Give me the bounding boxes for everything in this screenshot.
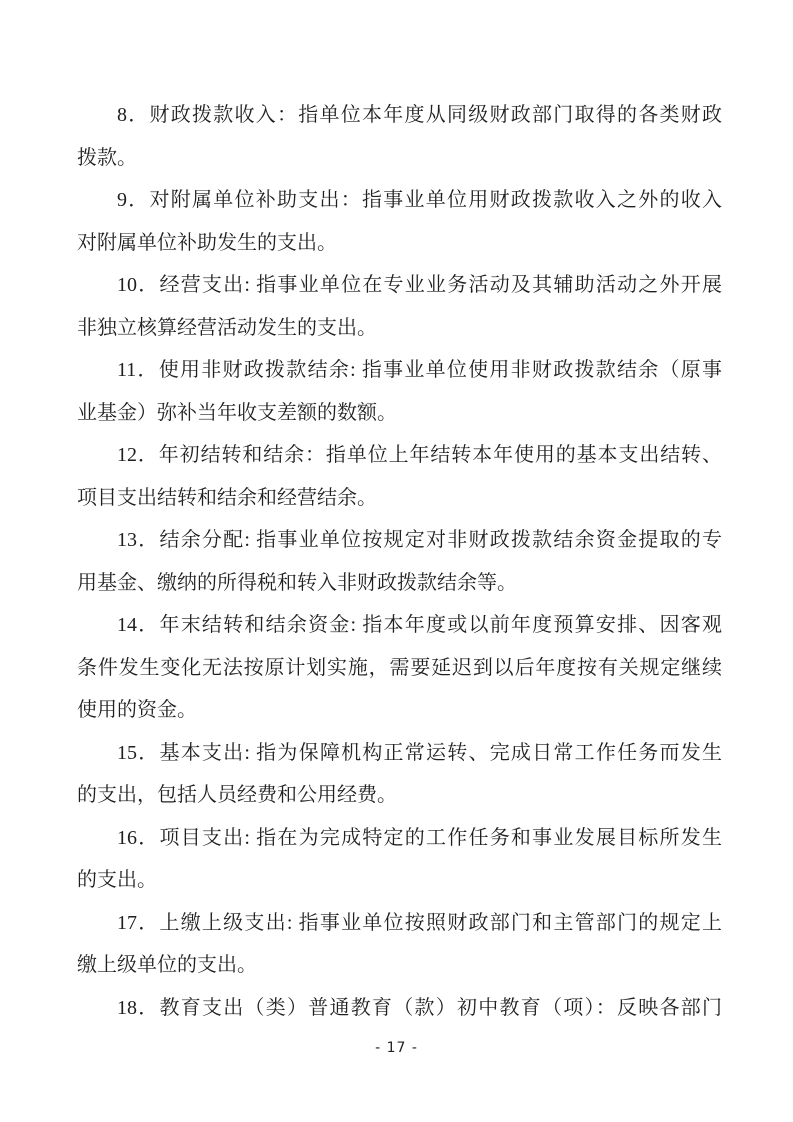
text-line: 12．年初结转和结余：指单位上年结转本年使用的基本支出结转、 <box>77 434 722 477</box>
text-line: 非独立核算经营活动发生的支出。 <box>77 307 722 350</box>
text-line: 条件发生变化无法按原计划实施，需要延迟到以后年度按有关规定继续 <box>77 647 722 690</box>
paragraph-item-8: 8．财政拨款收入：指单位本年度从同级财政部门取得的各类财政拨款。 <box>77 94 722 179</box>
text-line: 9．对附属单位补助支出：指事业单位用财政拨款收入之外的收入 <box>77 179 722 222</box>
document-body: 8．财政拨款收入：指单位本年度从同级财政部门取得的各类财政拨款。9．对附属单位补… <box>77 94 722 1029</box>
paragraph-item-13: 13．结余分配: 指事业单位按规定对非财政拨款结余资金提取的专用基金、缴纳的所得… <box>77 519 722 604</box>
text-line: 拨款。 <box>77 137 722 180</box>
text-line: 缴上级单位的支出。 <box>77 944 722 987</box>
text-line: 项目支出结转和结余和经营结余。 <box>77 477 722 520</box>
text-line: 15．基本支出: 指为保障机构正常运转、完成日常工作任务而发生 <box>77 732 722 775</box>
paragraph-item-14: 14．年末结转和结余资金: 指本年度或以前年度预算安排、因客观条件发生变化无法按… <box>77 604 722 732</box>
text-line: 的支出。 <box>77 859 722 902</box>
text-line: 14．年末结转和结余资金: 指本年度或以前年度预算安排、因客观 <box>77 604 722 647</box>
text-line: 10．经营支出: 指事业单位在专业业务活动及其辅助活动之外开展 <box>77 264 722 307</box>
paragraph-item-16: 16．项目支出: 指在为完成特定的工作任务和事业发展目标所发生的支出。 <box>77 817 722 902</box>
text-line: 18．教育支出（类）普通教育（款）初中教育（项）：反映各部门 <box>77 987 722 1030</box>
text-line: 13．结余分配: 指事业单位按规定对非财政拨款结余资金提取的专 <box>77 519 722 562</box>
paragraph-item-9: 9．对附属单位补助支出：指事业单位用财政拨款收入之外的收入对附属单位补助发生的支… <box>77 179 722 264</box>
text-line: 的支出，包括人员经费和公用经费。 <box>77 774 722 817</box>
paragraph-item-18: 18．教育支出（类）普通教育（款）初中教育（项）：反映各部门 <box>77 987 722 1030</box>
paragraph-item-12: 12．年初结转和结余：指单位上年结转本年使用的基本支出结转、项目支出结转和结余和… <box>77 434 722 519</box>
text-line: 使用的资金。 <box>77 689 722 732</box>
page-number: - 17 - <box>0 1040 793 1056</box>
paragraph-item-15: 15．基本支出: 指为保障机构正常运转、完成日常工作任务而发生的支出，包括人员经… <box>77 732 722 817</box>
text-line: 17．上缴上级支出: 指事业单位按照财政部门和主管部门的规定上 <box>77 902 722 945</box>
text-line: 对附属单位补助发生的支出。 <box>77 222 722 265</box>
text-line: 用基金、缴纳的所得税和转入非财政拨款结余等。 <box>77 562 722 605</box>
paragraph-item-17: 17．上缴上级支出: 指事业单位按照财政部门和主管部门的规定上缴上级单位的支出。 <box>77 902 722 987</box>
paragraph-item-11: 11．使用非财政拨款结余: 指事业单位使用非财政拨款结余（原事业基金）弥补当年收… <box>77 349 722 434</box>
text-line: 业基金）弥补当年收支差额的数额。 <box>77 392 722 435</box>
text-line: 11．使用非财政拨款结余: 指事业单位使用非财政拨款结余（原事 <box>77 349 722 392</box>
paragraph-item-10: 10．经营支出: 指事业单位在专业业务活动及其辅助活动之外开展非独立核算经营活动… <box>77 264 722 349</box>
text-line: 8．财政拨款收入：指单位本年度从同级财政部门取得的各类财政 <box>77 94 722 137</box>
text-line: 16．项目支出: 指在为完成特定的工作任务和事业发展目标所发生 <box>77 817 722 860</box>
document-page: 8．财政拨款收入：指单位本年度从同级财政部门取得的各类财政拨款。9．对附属单位补… <box>0 0 793 1122</box>
